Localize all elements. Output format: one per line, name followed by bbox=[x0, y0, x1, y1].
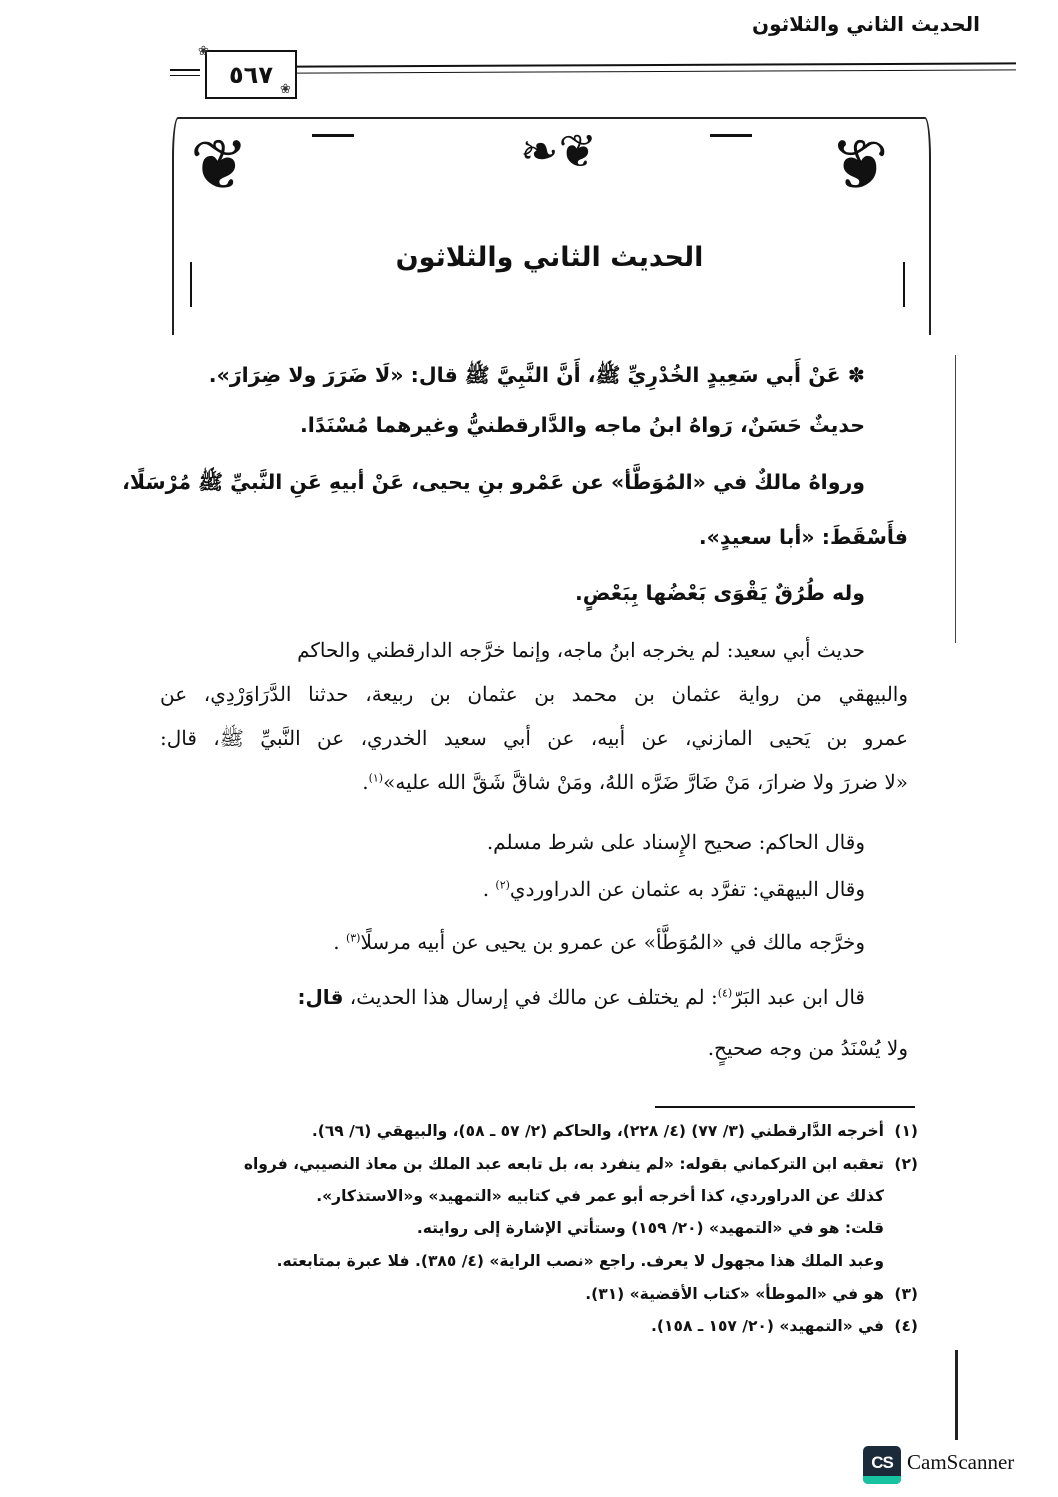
hadith-text-line: وله طُرُقٌ يَقْوَى بَعْضُها بِبَعْضٍ. bbox=[575, 581, 865, 605]
footnote-ref-1[interactable]: (١) bbox=[369, 771, 384, 784]
footnote-ref-3[interactable]: (٣) bbox=[346, 931, 361, 944]
footnote-number: (١) bbox=[884, 1122, 918, 1140]
camscanner-wordmark: CamScanner bbox=[907, 1450, 1014, 1475]
hadith-text-line: فأَسْقَطَ: «أبا سعيدٍ». bbox=[699, 525, 908, 549]
footnote-ref-2[interactable]: (٢) bbox=[495, 878, 510, 891]
frame-dash bbox=[312, 134, 354, 137]
camscanner-logo-icon: CS bbox=[863, 1446, 901, 1484]
header-rule bbox=[296, 69, 1016, 73]
commentary-line: عمرو بن يَحيى المازني، عن أبيه، عن أبي س… bbox=[160, 726, 908, 755]
margin-line bbox=[955, 1350, 958, 1440]
commentary-line: ولا يُسْنَدُ من وجه صحيحٍ. bbox=[708, 1036, 908, 1060]
footnote-separator bbox=[655, 1106, 915, 1108]
ibn-abd-al-barr-statement: : لم يختلف عن مالك في إرسال هذا الحديث، bbox=[343, 985, 717, 1009]
center-flourish-icon: ❧❦ bbox=[520, 128, 597, 174]
malik-statement: وخرَّجه مالك في «المُوَطَّأ» عن عمرو بن … bbox=[360, 930, 865, 954]
footnote-number: (٤) bbox=[884, 1317, 918, 1335]
commentary-line: وخرَّجه مالك في «المُوَطَّأ» عن عمرو بن … bbox=[333, 930, 865, 954]
header-rule bbox=[296, 62, 1016, 67]
header-rule bbox=[170, 69, 200, 71]
running-header-title: الحديث الثاني والثلاثون bbox=[752, 12, 980, 36]
commentary-line: وقال البيهقي: تفرَّد به عثمان عن الدراور… bbox=[483, 877, 865, 901]
corner-flourish-icon: ❦ bbox=[830, 130, 889, 200]
rosette-ornament-icon: ❀ bbox=[280, 82, 291, 97]
camscanner-badge-strip bbox=[863, 1476, 901, 1484]
footnote-text: أخرجه الدَّارقطني (٣/ ٧٧) (٤/ ٢٢٨)، والح… bbox=[312, 1122, 884, 1140]
commentary-line: «لا ضررَ ولا ضرارَ، مَنْ ضَارَّ ضَرَّه ا… bbox=[362, 770, 908, 794]
footnote-text: تعقبه ابن التركماني بقوله: «لم ينفرد به،… bbox=[244, 1155, 884, 1173]
header-rule bbox=[170, 75, 200, 76]
footnote-2-cont: وعبد الملك هذا مجهول لا يعرف. راجع «نصب … bbox=[277, 1252, 884, 1270]
corner-flourish-icon: ❦ bbox=[190, 130, 249, 200]
footnote-2: (٢)تعقبه ابن التركماني بقوله: «لم ينفرد … bbox=[244, 1155, 918, 1173]
commentary-line: حديث أبي سعيد: لم يخرجه ابنُ ماجه، وإنما… bbox=[297, 638, 865, 662]
quoted-hadith: «لا ضررَ ولا ضرارَ، مَنْ ضَارَّ ضَرَّه ا… bbox=[383, 770, 908, 794]
camscanner-badge-text: CS bbox=[871, 1453, 893, 1473]
hadith-text-line: ورواهُ مالكٌ في «المُوَطَّأ» عن عَمْرو ب… bbox=[122, 470, 865, 500]
footnote-3: (٣)هو في «الموطأ» «كتاب الأقضية» (٣١). bbox=[585, 1285, 918, 1303]
footnote-text: هو في «الموطأ» «كتاب الأقضية» (٣١). bbox=[585, 1285, 884, 1303]
hadith-grading-line: حديثٌ حَسَنٌ، رَواهُ ابنُ ماجه والدَّارق… bbox=[300, 413, 865, 437]
page-number: ٥٦٧ bbox=[229, 61, 273, 89]
commentary-line: والبيهقي من رواية عثمان بن محمد بن عثمان… bbox=[160, 682, 908, 706]
footnote-text: في «التمهيد» (٢٠/ ١٥٧ ـ ١٥٨). bbox=[651, 1317, 884, 1335]
footnote-ref-4[interactable]: (٤) bbox=[718, 986, 733, 999]
qala-label: قال: bbox=[297, 985, 343, 1009]
frame-dash bbox=[710, 134, 752, 137]
footnote-2-cont: كذلك عن الدراوردي، كذا أخرجه أبو عمر في … bbox=[316, 1187, 884, 1205]
hadith-text-line: ✽ عَنْ أَبي سَعِيدٍ الخُدْرِيِّ ﷺ، أَنَّ… bbox=[209, 363, 865, 393]
commentary-line: قال ابن عبد البَرّ(٤): لم يختلف عن مالك … bbox=[297, 985, 865, 1009]
commentary-line: وقال الحاكم: صحيح الإِسناد على شرط مسلم. bbox=[487, 830, 865, 854]
footnote-number: (٢) bbox=[884, 1155, 918, 1173]
footnote-4: (٤)في «التمهيد» (٢٠/ ١٥٧ ـ ١٥٨). bbox=[651, 1317, 918, 1335]
footnote-1: (١)أخرجه الدَّارقطني (٣/ ٧٧) (٤/ ٢٢٨)، و… bbox=[312, 1122, 918, 1140]
ibn-abd-al-barr-name: قال ابن عبد البَرّ bbox=[732, 985, 865, 1009]
footnote-number: (٣) bbox=[884, 1285, 918, 1303]
bayhaqi-statement: وقال البيهقي: تفرَّد به عثمان عن الدراور… bbox=[510, 877, 865, 901]
rosette-ornament-icon: ❀ bbox=[198, 44, 209, 59]
margin-line bbox=[955, 355, 956, 643]
footnote-2-cont: قلت: هو في «التمهيد» (٢٠/ ١٥٩) وستأتي ال… bbox=[417, 1219, 884, 1237]
chapter-title: الحديث الثاني والثلاثون bbox=[172, 242, 927, 273]
